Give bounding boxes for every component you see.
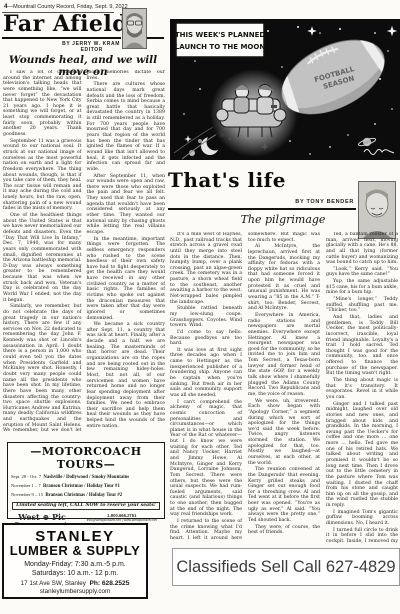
byline-role: EDITOR xyxy=(2,47,103,53)
stanley-name-2: LUMBER & SUPPLY xyxy=(4,544,146,558)
page-header: 4—Mountrail County Record, Friday, Sept.… xyxy=(4,3,128,10)
tour-row: November 1 – 7 Branson Christmas / Holid… xyxy=(11,483,161,489)
motorcoach-note: Limited seating left, CALL NOW to reserv… xyxy=(12,502,160,510)
stanley-address: 17 1st Ave SW, Stanley xyxy=(21,580,86,587)
edition-line: —Mountrail County Record, Friday, Sept. … xyxy=(8,4,128,10)
masthead-rule-segment xyxy=(146,37,164,39)
masthead-rule xyxy=(2,37,121,39)
stanley-name-1: STANLEY xyxy=(4,529,146,544)
thats-life-masthead: That's life xyxy=(168,168,286,192)
columnist-photo xyxy=(358,181,396,239)
tour-destination: Branson Christmas / Holiday Tour #1 xyxy=(43,484,120,489)
stanley-hours-weekday: Monday-Friday: 7:30 a.m.-5 p.m. xyxy=(4,561,146,568)
stanley-website: stanleylumbersupply.com xyxy=(4,588,146,595)
stanley-address-line: 17 1st Ave SW, Stanley Ph: 628.2525 xyxy=(4,580,146,587)
editor-portrait-art xyxy=(123,9,146,48)
tour-row: November 9 – 15 Branson Christmas / Holi… xyxy=(11,492,161,498)
motorcoach-tours-ad: —MOTORCOACH TOURS— Sept. 28 - Oct. 7 Nas… xyxy=(7,442,165,519)
newspaper-page: 4—Mountrail County Record, Friday, Sept.… xyxy=(0,0,400,614)
caption-line-1: THIS WEEK'S PLANNED xyxy=(175,31,266,39)
motorcoach-title: —MOTORCOACH TOURS— xyxy=(11,445,161,471)
pilgrimage-body: It's a mile west of Haynes, N.D., past r… xyxy=(170,232,398,545)
pilgrimage-headline: The pilgrimage xyxy=(168,213,398,226)
columnist-portrait-art xyxy=(359,182,395,238)
motorcoach-contact-line: info@westpictravel.net | www.westpictrav… xyxy=(87,518,157,522)
stanley-lumber-ad: STANLEY LUMBER & SUPPLY Monday-Friday: 7… xyxy=(2,523,148,599)
tour-dates: November 1 – 7 xyxy=(11,483,41,488)
far-afield-byline: BY JERRY W. KRAM EDITOR xyxy=(2,41,120,53)
stanley-hours-saturday: Saturdays: 10 a.m.- 12 p.m. xyxy=(4,570,146,577)
caption-line-2: LAUNCH TO THE MOON xyxy=(175,43,266,51)
tour-destination: Branson Christmas / Holiday Tour #2 xyxy=(45,493,122,498)
cartoon-art: FOOTBALL SEASON THIS WEEK'S PLANNED LAUN… xyxy=(170,19,400,160)
tour-row: Sept. 28 - Oct. 7 Nashville / Dollywood … xyxy=(11,474,161,480)
far-afield-masthead: Far Afield xyxy=(3,11,128,37)
stanley-phone: Ph: 628.2525 xyxy=(89,580,129,587)
tour-destination: Nashville / Dollywood / Smoky Mountains xyxy=(43,475,129,480)
editor-photo xyxy=(122,8,147,49)
far-afield-body: I saw a lot of comments around the inter… xyxy=(3,70,165,437)
thats-life-rule xyxy=(168,208,356,210)
classifieds-banner: Classifieds Sell Call 627-4829 xyxy=(172,548,400,586)
caption-box: THIS WEEK'S PLANNED LAUNCH TO THE MOON xyxy=(175,23,266,57)
tour-dates: November 9 – 15 xyxy=(11,492,43,497)
editorial-cartoon: FOOTBALL SEASON THIS WEEK'S PLANNED LAUN… xyxy=(170,19,400,160)
thats-life-byline: BY TONY BENDER xyxy=(168,199,354,205)
logo-name: West ⊕ Pic xyxy=(15,513,69,521)
tour-dates: Sept. 28 - Oct. 7 xyxy=(11,474,41,479)
